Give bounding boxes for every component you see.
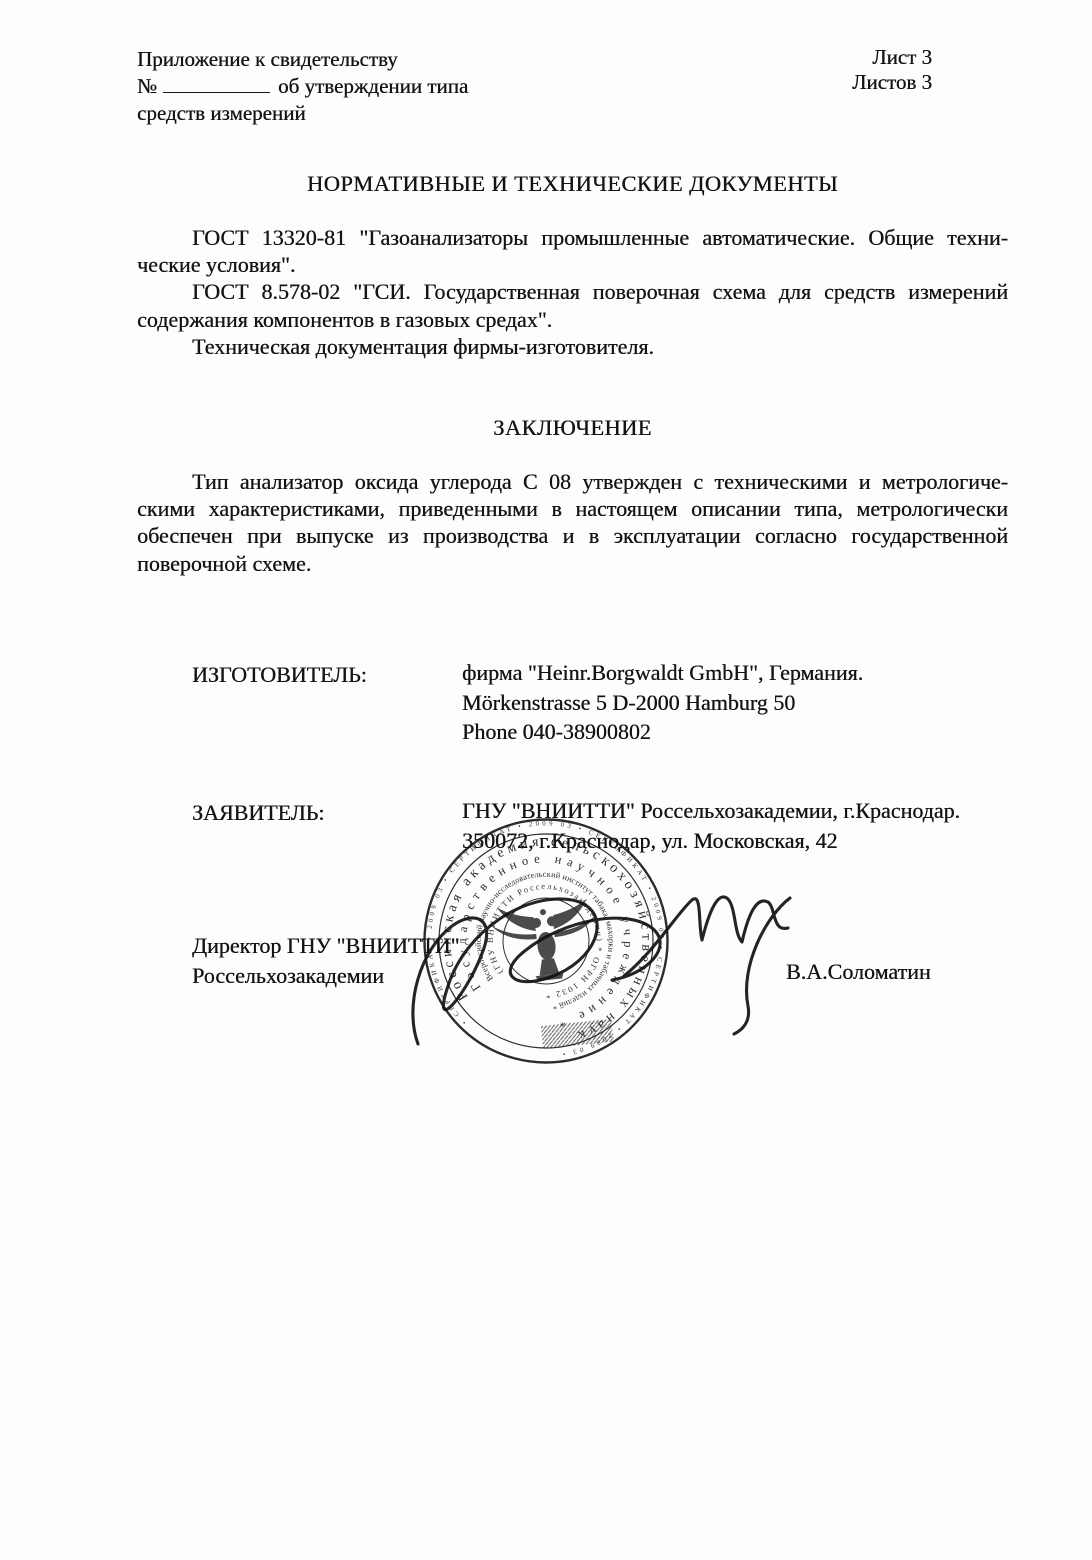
normative-section-title: НОРМАТИВНЫЕ И ТЕХНИЧЕСКИЕ ДОКУМЕНТЫ bbox=[137, 171, 1008, 197]
header-left-line1: Приложение к свидетельству bbox=[137, 46, 468, 73]
conclusion-section-body: Тип анализатор оксида углерода С 08 утве… bbox=[137, 468, 1008, 577]
header-left: Приложение к свидетельству №об утвержден… bbox=[137, 46, 468, 127]
manufacturer-line3: Phone 040-38900802 bbox=[462, 717, 1022, 747]
sheet-counter: Лист 3 Листов 3 bbox=[815, 45, 932, 95]
header-left-line3: средств измерений bbox=[137, 100, 468, 127]
paragraph-line: поверочной схеме. bbox=[137, 550, 1008, 577]
sheet-number: Лист 3 bbox=[815, 45, 932, 70]
paragraph-line: ческие условия". bbox=[137, 251, 1008, 278]
header-left-line2: №об утверждении типа bbox=[137, 73, 468, 100]
manufacturer-line1: фирма "Heinr.Borgwaldt GmbH", Германия. bbox=[462, 658, 1022, 688]
handwritten-signature bbox=[396, 854, 816, 1064]
number-sign: № bbox=[137, 74, 157, 98]
paragraph-line: Тип анализатор оксида углерода С 08 утве… bbox=[137, 468, 1008, 495]
conclusion-section-title: ЗАКЛЮЧЕНИЕ bbox=[137, 415, 1008, 441]
certificate-appendix-page: Приложение к свидетельству №об утвержден… bbox=[0, 0, 1092, 1560]
paragraph-line: ГОСТ 8.578-02 "ГСИ. Государственная пове… bbox=[137, 278, 1008, 305]
paragraph-line: ГОСТ 13320-81 "Газоанализаторы промышлен… bbox=[137, 224, 1008, 251]
paragraph-line: содержания компонентов в газовых средах"… bbox=[137, 306, 1008, 333]
sheets-total: Листов 3 bbox=[815, 70, 932, 95]
signature-strokes bbox=[413, 897, 790, 1044]
header-left-line2-text: об утверждении типа bbox=[278, 74, 468, 98]
manufacturer-label: ИЗГОТОВИТЕЛЬ: bbox=[192, 660, 367, 689]
normative-section-body: ГОСТ 13320-81 "Газоанализаторы промышлен… bbox=[137, 224, 1008, 360]
paragraph-line: обеспечен при выпуске из производства и … bbox=[137, 522, 1008, 549]
paragraph-line: Техническая документация фирмы-изготовит… bbox=[137, 333, 1008, 360]
applicant-label: ЗАЯВИТЕЛЬ: bbox=[192, 798, 324, 827]
number-blank-line bbox=[163, 92, 270, 93]
paragraph-line: скими характеристиками, приведенными в н… bbox=[137, 495, 1008, 522]
manufacturer-line2: Mörkenstrasse 5 D-2000 Hamburg 50 bbox=[462, 688, 1022, 718]
manufacturer-address: фирма "Heinr.Borgwaldt GmbH", Германия. … bbox=[462, 658, 1022, 747]
